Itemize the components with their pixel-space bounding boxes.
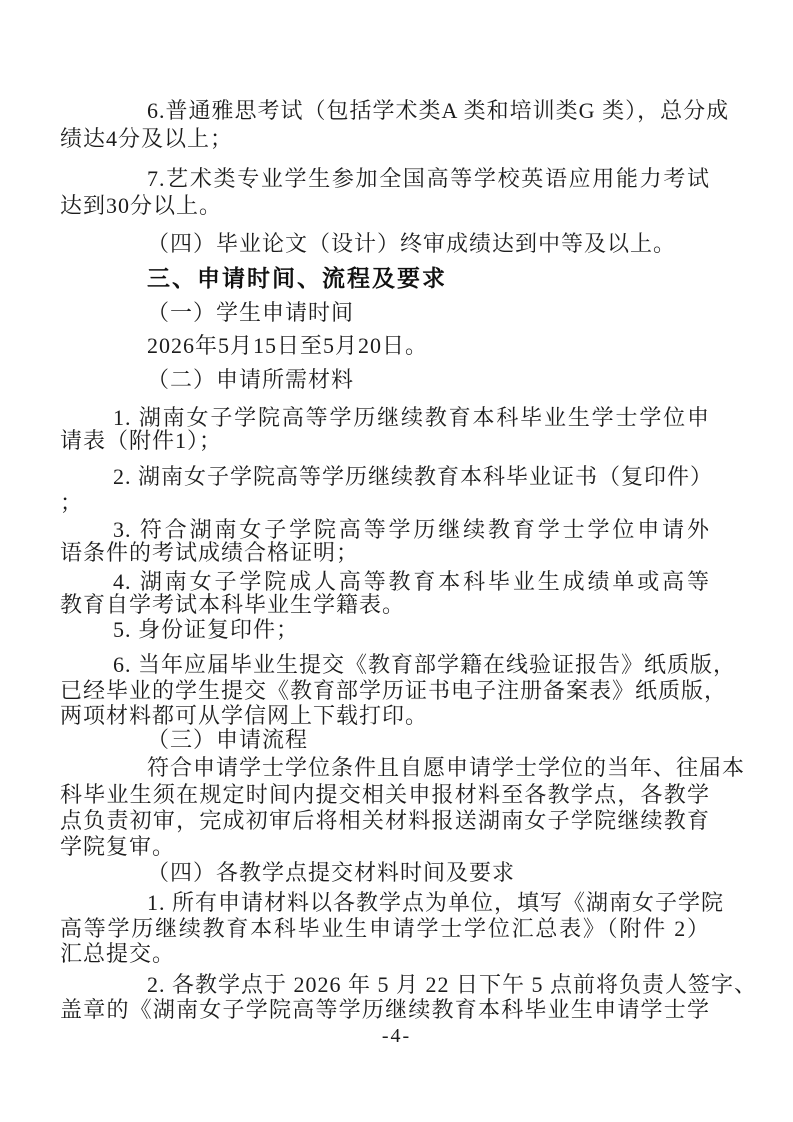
text-line: 已经毕业的学生提交《教育部学历证书电子注册备案表》纸质版，	[60, 677, 710, 704]
text-line: 2. 各教学点于 2026 年 5 月 22 日下午 5 点前将负责人签字、	[60, 971, 710, 998]
text-line: 绩达4分及以上；	[60, 125, 710, 152]
text-line: 5. 身份证复印件；	[60, 616, 710, 643]
text-line: 请表（附件1）；	[60, 427, 710, 454]
page-number: -4-	[0, 1025, 793, 1048]
text-line: 符合申请学士学位条件且自愿申请学士学位的当年、往届本	[60, 754, 710, 781]
text-line: 2026年5月15日至5月20日。	[60, 332, 710, 359]
text-line: 语条件的考试成绩合格证明；	[60, 539, 710, 566]
text-line: 教育自学考试本科毕业生学籍表。	[60, 591, 710, 618]
text-line: 盖章的《湖南女子学院高等学历继续教育本科毕业生申请学士学	[60, 996, 710, 1023]
text-line: （一）学生申请时间	[60, 299, 710, 326]
text-line: （二）申请所需材料	[60, 366, 710, 393]
text-line: 汇总提交。	[60, 940, 710, 967]
text-line: （四）毕业论文（设计）终审成绩达到中等及以上。	[60, 230, 710, 257]
text-line: 高等学历继续教育本科毕业生申请学士学位汇总表》（附件 2）	[60, 915, 710, 942]
text-line: 7.艺术类专业学生参加全国高等学校英语应用能力考试	[60, 165, 710, 192]
text-line: 6.普通雅思考试（包括学术类A 类和培训类G 类），总分成	[60, 97, 710, 124]
text-line: 1. 所有申请材料以各教学点为单位，填写《湖南女子学院	[60, 889, 710, 916]
text-line: 2. 湖南女子学院高等学历继续教育本科毕业证书（复印件）	[60, 463, 710, 490]
text-line: 6. 当年应届毕业生提交《教育部学籍在线验证报告》纸质版，	[60, 651, 710, 678]
text-line: 学院复审。	[60, 833, 710, 860]
text-line: 科毕业生须在规定时间内提交相关申报材料至各教学点，各教学	[60, 781, 710, 808]
text-line: （四）各教学点提交材料时间及要求	[60, 859, 710, 886]
text-line: 达到30分以上。	[60, 192, 710, 219]
text-line: 两项材料都可从学信网上下载打印。	[60, 702, 710, 729]
section-heading: 三、申请时间、流程及要求	[60, 265, 710, 292]
text-line: 点负责初审，完成初审后将相关材料报送湖南女子学院继续教育	[60, 807, 710, 834]
text-line: （三）申请流程	[60, 726, 710, 753]
text-line: ；	[60, 489, 710, 516]
document-page: 6.普通雅思考试（包括学术类A 类和培训类G 类），总分成 绩达4分及以上； 7…	[0, 0, 793, 1122]
